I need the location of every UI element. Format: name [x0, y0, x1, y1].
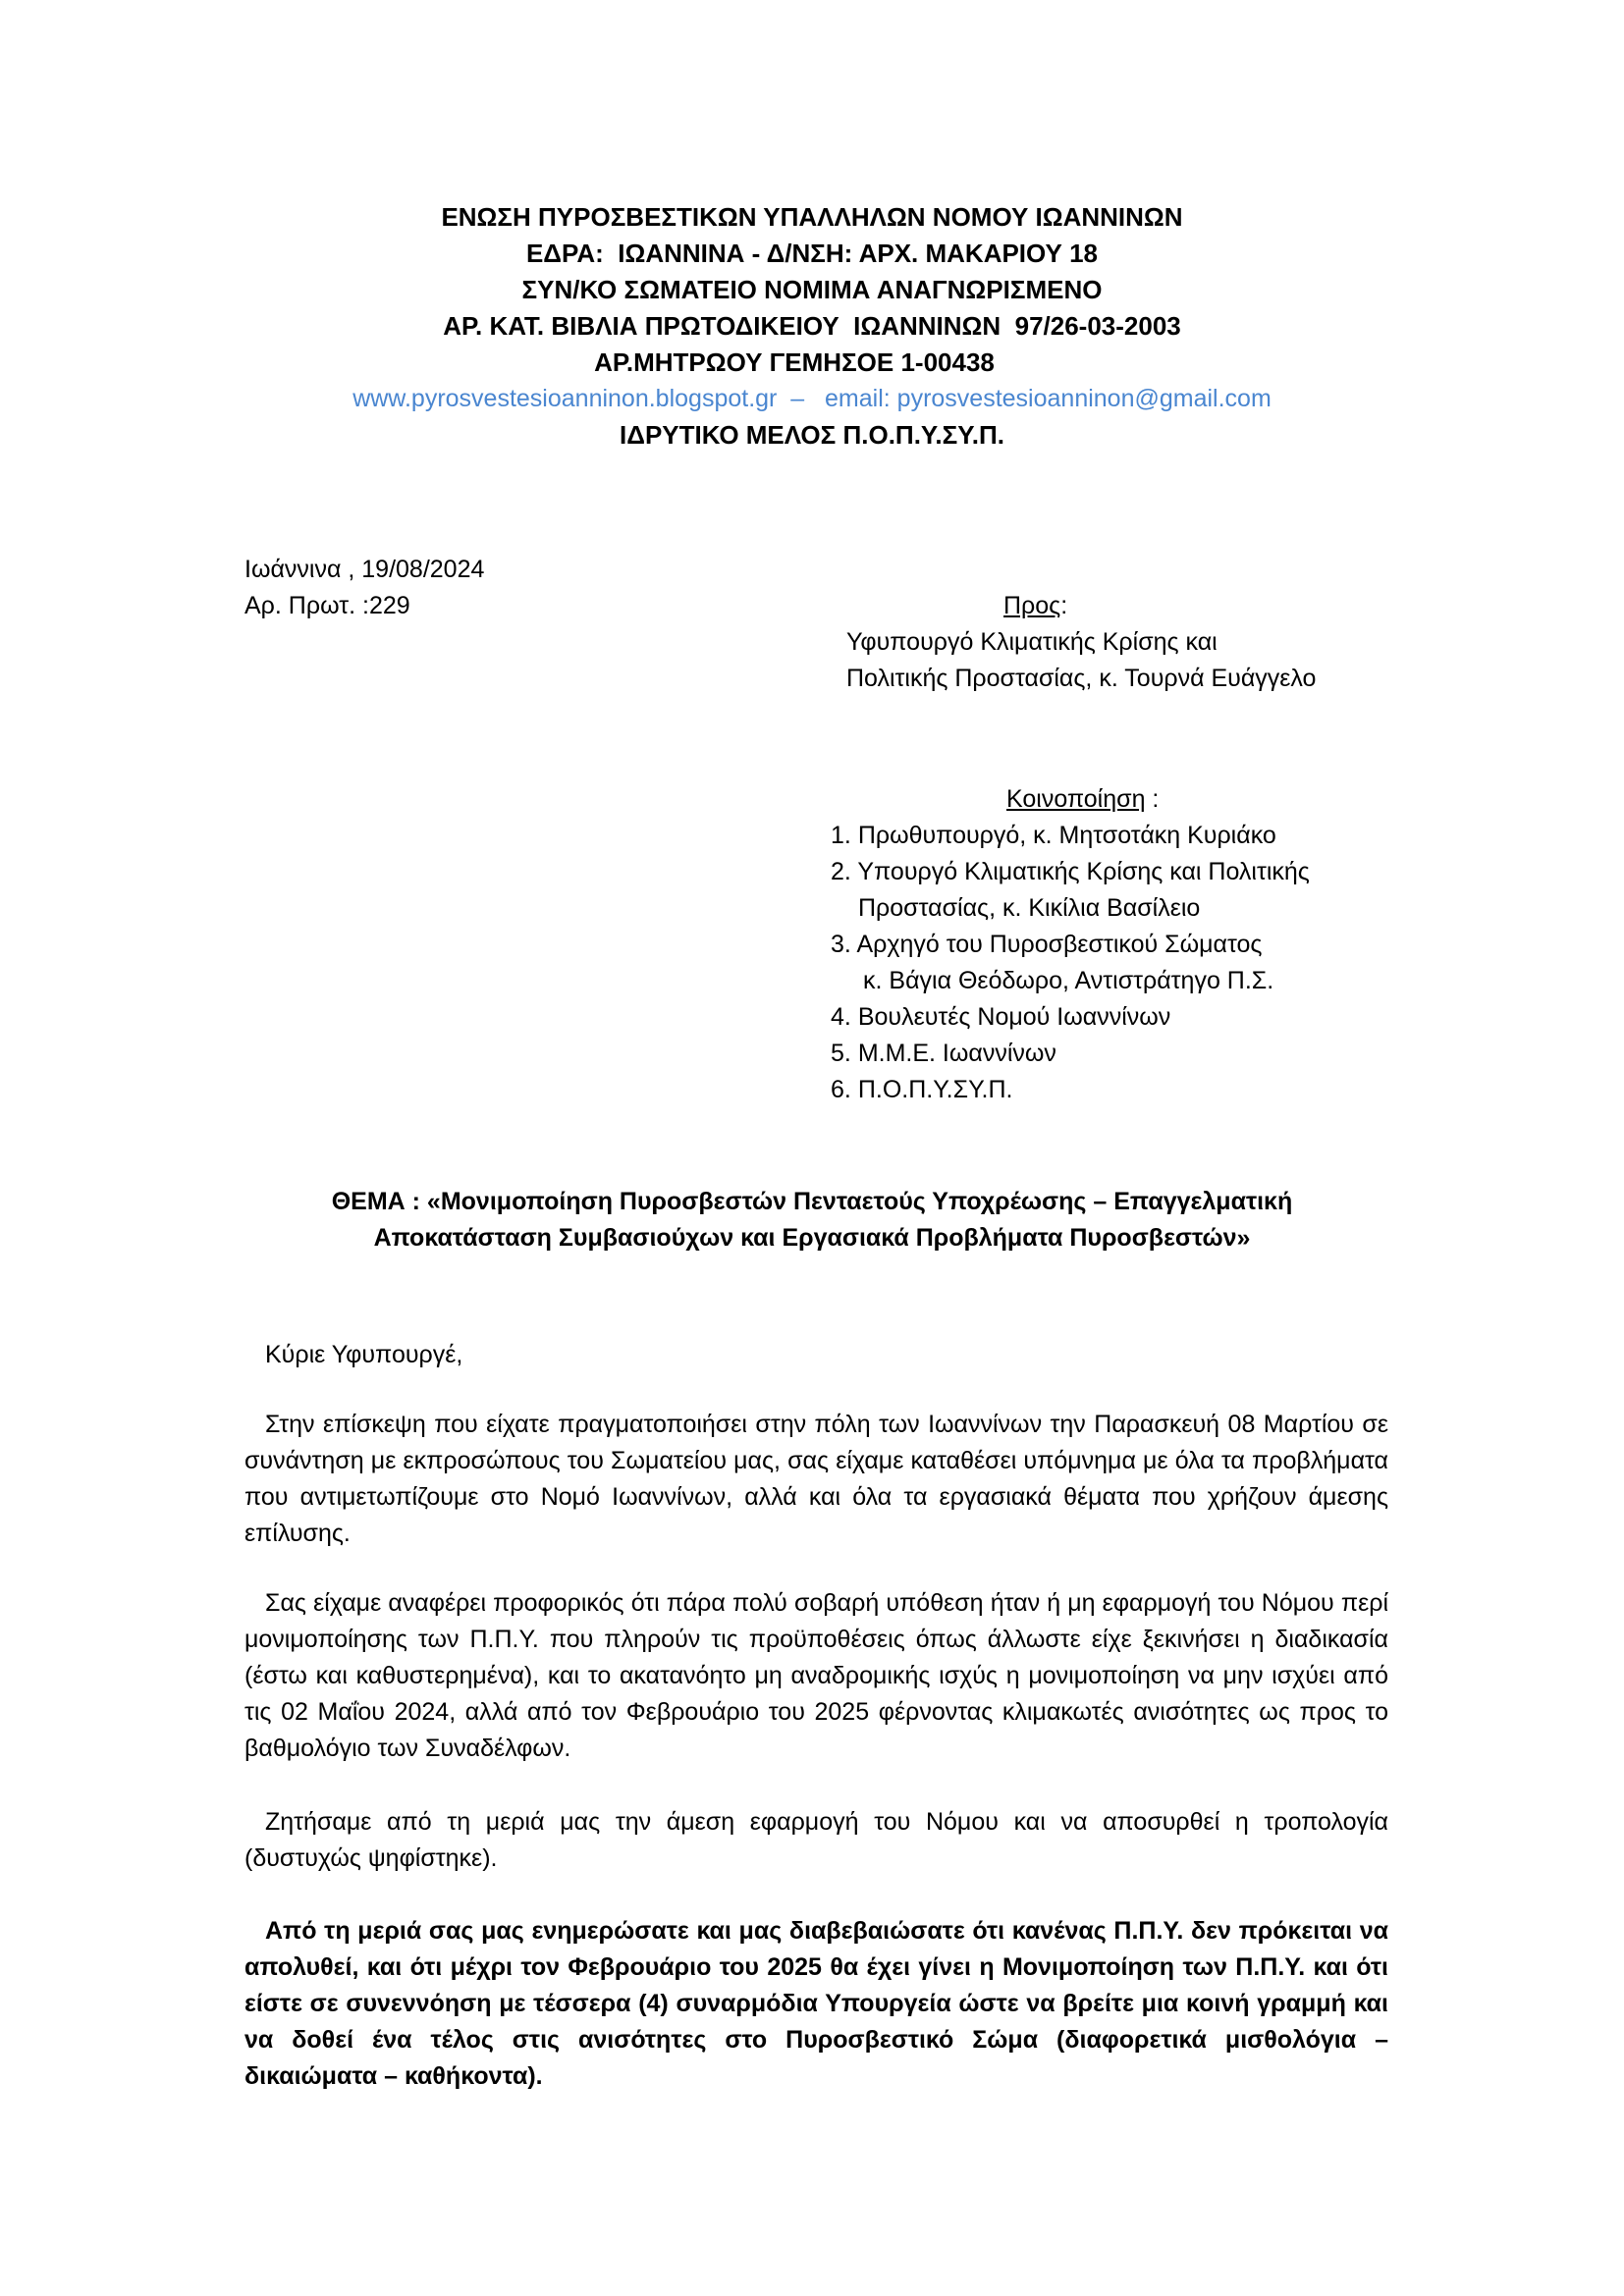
- cc-list-item: 3. Αρχηγό του Πυροσβεστικού Σώματος: [831, 927, 1310, 963]
- letterhead-union-name: ΕΝΩΣΗ ΠΥΡΟΣΒΕΣΤΙΚΩΝ ΥΠΑΛΛΗΛΩΝ ΝΟΜΟΥ ΙΩΑΝ…: [0, 199, 1624, 236]
- recipient-label-suffix: :: [1060, 592, 1067, 619]
- link-separator: –: [777, 385, 825, 412]
- salutation: Κύριε Υφυπουργέ,: [244, 1337, 1388, 1373]
- letterhead-legal-status: ΣΥΝ/ΚΟ ΣΩΜΑΤΕΙΟ ΝΟΜΙΜΑ ΑΝΑΓΝΩΡΙΣΜΕΝΟ: [0, 272, 1624, 308]
- cc-item-text: Μ.Μ.Ε. Ιωαννίνων: [858, 1040, 1056, 1067]
- cc-list-item: 1. Πρωθυπουργό, κ. Μητσοτάκη Κυριάκο: [831, 818, 1310, 854]
- cc-item-text: Υπουργό Κλιματικής Κρίσης και Πολιτικής: [857, 858, 1309, 885]
- body-paragraph: Ζητήσαμε από τη μεριά μας την άμεση εφαρ…: [244, 1804, 1388, 1877]
- subject-line: ΘΕΜΑ : «Μονιμοποίηση Πυροσβεστών Πενταετ…: [0, 1184, 1624, 1220]
- cc-item-text: Αρχηγό του Πυροσβεστικού Σώματος: [856, 931, 1262, 958]
- body-paragraph-bold: Από τη μεριά σας μας ενημερώσατε και μας…: [244, 1913, 1388, 2095]
- protocol-number: Αρ. Πρωτ. :229: [244, 588, 484, 624]
- cc-list-item: 2. Υπουργό Κλιματικής Κρίσης και Πολιτικ…: [831, 854, 1310, 890]
- cc-item-text: Π.Ο.Π.Υ.ΣΥ.Π.: [858, 1076, 1013, 1103]
- letterhead-address: ΕΔΡΑ: ΙΩΑΝΝΙΝΑ - Δ/ΝΣΗ: ΑΡΧ. ΜΑΚΑΡΙΟΥ 18: [0, 236, 1624, 272]
- cc-item-number: 1.: [831, 822, 851, 849]
- cc-item-number: 6.: [831, 1076, 851, 1103]
- subject-heading: ΘΕΜΑ : «Μονιμοποίηση Πυροσβεστών Πενταετ…: [0, 1184, 1624, 1256]
- cc-label-row: Κοινοποίηση :: [831, 781, 1310, 818]
- cc-item-text: Πρωθυπουργό, κ. Μητσοτάκη Κυριάκο: [858, 822, 1276, 849]
- cc-list-item: 4. Βουλευτές Νομού Ιωαννίνων: [831, 999, 1310, 1036]
- letterhead-founding-member: ΙΔΡΥΤΙΚΟ ΜΕΛΟΣ Π.Ο.Π.Υ.ΣΥ.Π.: [0, 417, 1624, 454]
- cc-label-suffix: :: [1145, 785, 1159, 813]
- cc-item-number: 3.: [831, 931, 851, 958]
- body-paragraph: Σας είχαμε αναφέρει προφορικός ότι πάρα …: [244, 1585, 1388, 1767]
- letterhead: ΕΝΩΣΗ ΠΥΡΟΣΒΕΣΤΙΚΩΝ ΥΠΑΛΛΗΛΩΝ ΝΟΜΟΥ ΙΩΑΝ…: [0, 199, 1624, 454]
- email-link[interactable]: pyrosvestesioanninon@gmail.com: [897, 385, 1272, 412]
- cc-list-item-continuation: Προστασίας, κ. Κικίλια Βασίλειο: [831, 890, 1310, 927]
- recipient-label-row: Προς:: [846, 588, 1316, 624]
- place-date: Ιωάννινα , 19/08/2024: [244, 552, 484, 588]
- cc-list: 1. Πρωθυπουργό, κ. Μητσοτάκη Κυριάκο 2. …: [831, 818, 1310, 1108]
- letter-meta: Ιωάννινα , 19/08/2024 Αρ. Πρωτ. :229: [244, 552, 484, 624]
- recipient-line: Πολιτικής Προστασίας, κ. Τουρνά Ευάγγελο: [846, 661, 1316, 697]
- cc-label: Κοινοποίηση: [1006, 785, 1145, 813]
- recipient-line: Υφυπουργό Κλιματικής Κρίσης και: [846, 624, 1316, 661]
- cc-list-item: 5. Μ.Μ.Ε. Ιωαννίνων: [831, 1036, 1310, 1072]
- website-link[interactable]: www.pyrosvestesioanninon.blogspot.gr: [352, 385, 777, 412]
- cc-item-text: Βουλευτές Νομού Ιωαννίνων: [858, 1003, 1170, 1031]
- cc-list-item: 6. Π.Ο.Π.Υ.ΣΥ.Π.: [831, 1072, 1310, 1108]
- recipient-block: Προς: Υφυπουργό Κλιματικής Κρίσης και Πο…: [846, 588, 1316, 697]
- letter-page: ΕΝΩΣΗ ΠΥΡΟΣΒΕΣΤΙΚΩΝ ΥΠΑΛΛΗΛΩΝ ΝΟΜΟΥ ΙΩΑΝ…: [0, 0, 1624, 2296]
- subject-line: Αποκατάσταση Συμβασιούχων και Εργασιακά …: [0, 1220, 1624, 1256]
- recipient-label: Προς: [1003, 592, 1060, 619]
- letterhead-registry-number: ΑΡ.ΜΗΤΡΩΟΥ ΓΕΜΗΣΟΕ 1-00438: [0, 345, 1624, 381]
- email-label: email:: [825, 385, 897, 412]
- cc-item-number: 5.: [831, 1040, 851, 1067]
- body-paragraph: Στην επίσκεψη που είχατε πραγματοποιήσει…: [244, 1407, 1388, 1552]
- letterhead-court-registration: ΑΡ. ΚΑΤ. ΒΙΒΛΙΑ ΠΡΩΤΟΔΙΚΕΙΟΥ ΙΩΑΝΝΙΝΩΝ 9…: [0, 308, 1624, 345]
- letterhead-contact-links: www.pyrosvestesioanninon.blogspot.gr – e…: [0, 381, 1624, 417]
- cc-item-number: 4.: [831, 1003, 851, 1031]
- cc-item-number: 2.: [831, 858, 851, 885]
- cc-list-item-continuation: κ. Βάγια Θεόδωρο, Αντιστράτηγο Π.Σ.: [831, 963, 1310, 999]
- cc-block: Κοινοποίηση : 1. Πρωθυπουργό, κ. Μητσοτά…: [831, 781, 1310, 1108]
